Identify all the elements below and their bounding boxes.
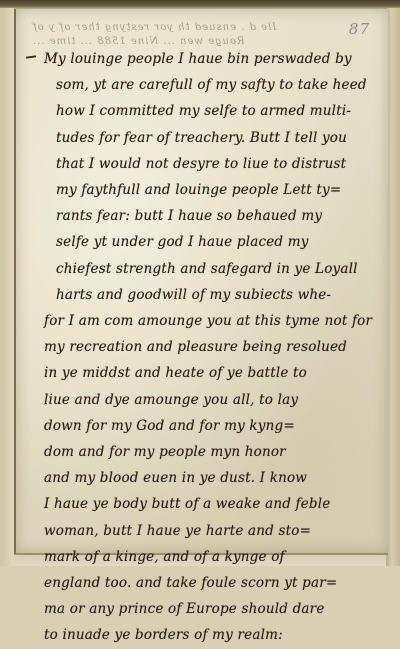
binding-left-edge bbox=[0, 8, 14, 566]
text-line: I haue ye body butt of a weake and feble bbox=[44, 491, 364, 517]
text-line: and my blood euen in ye dust. I know bbox=[44, 465, 364, 491]
text-line: rants fear: butt I haue so behaued my bbox=[44, 203, 364, 229]
handwritten-text-body: My louinge people I haue bin perswaded b… bbox=[44, 46, 364, 566]
text-line: down for my God and for my kyng= bbox=[44, 413, 364, 439]
text-line: liue and dye amounge you all, to lay bbox=[44, 387, 364, 413]
text-line: how I committed my selfe to armed multi- bbox=[44, 98, 364, 124]
text-line: mark of a kinge, and of a kynge of bbox=[44, 544, 364, 566]
text-line: dom and for my people myn honor bbox=[44, 439, 364, 465]
text-line: my recreation and pleasure being resolue… bbox=[44, 334, 364, 360]
text-line: My louinge people I haue bin perswaded b… bbox=[44, 46, 364, 72]
text-line: tudes for fear of treachery. Butt I tell… bbox=[44, 125, 364, 151]
bleed-through-line: Ile d . ensued th yor restyng ther of y … bbox=[32, 22, 276, 33]
text-line: harts and goodwill of my subiects whe- bbox=[44, 282, 364, 308]
manuscript-frame: 87 Ile d . ensued th yor restyng ther of… bbox=[0, 0, 400, 566]
text-line: my faythfull and louinge people Lett ty= bbox=[44, 177, 364, 203]
text-line: in ye middst and heate of ye battle to bbox=[44, 360, 364, 386]
text-line: for I am com amounge you at this tyme no… bbox=[44, 308, 364, 334]
text-line: that I would not desyre to liue to distr… bbox=[44, 151, 364, 177]
text-line: chiefest strength and safegard in ye Loy… bbox=[44, 256, 364, 282]
text-line: woman, butt I haue ye harte and sto= bbox=[44, 518, 364, 544]
folio-number: 87 bbox=[349, 20, 370, 38]
text-line: som, yt are carefull of my safty to take… bbox=[44, 72, 364, 98]
text-line: selfe yt under god I haue placed my bbox=[44, 229, 364, 255]
